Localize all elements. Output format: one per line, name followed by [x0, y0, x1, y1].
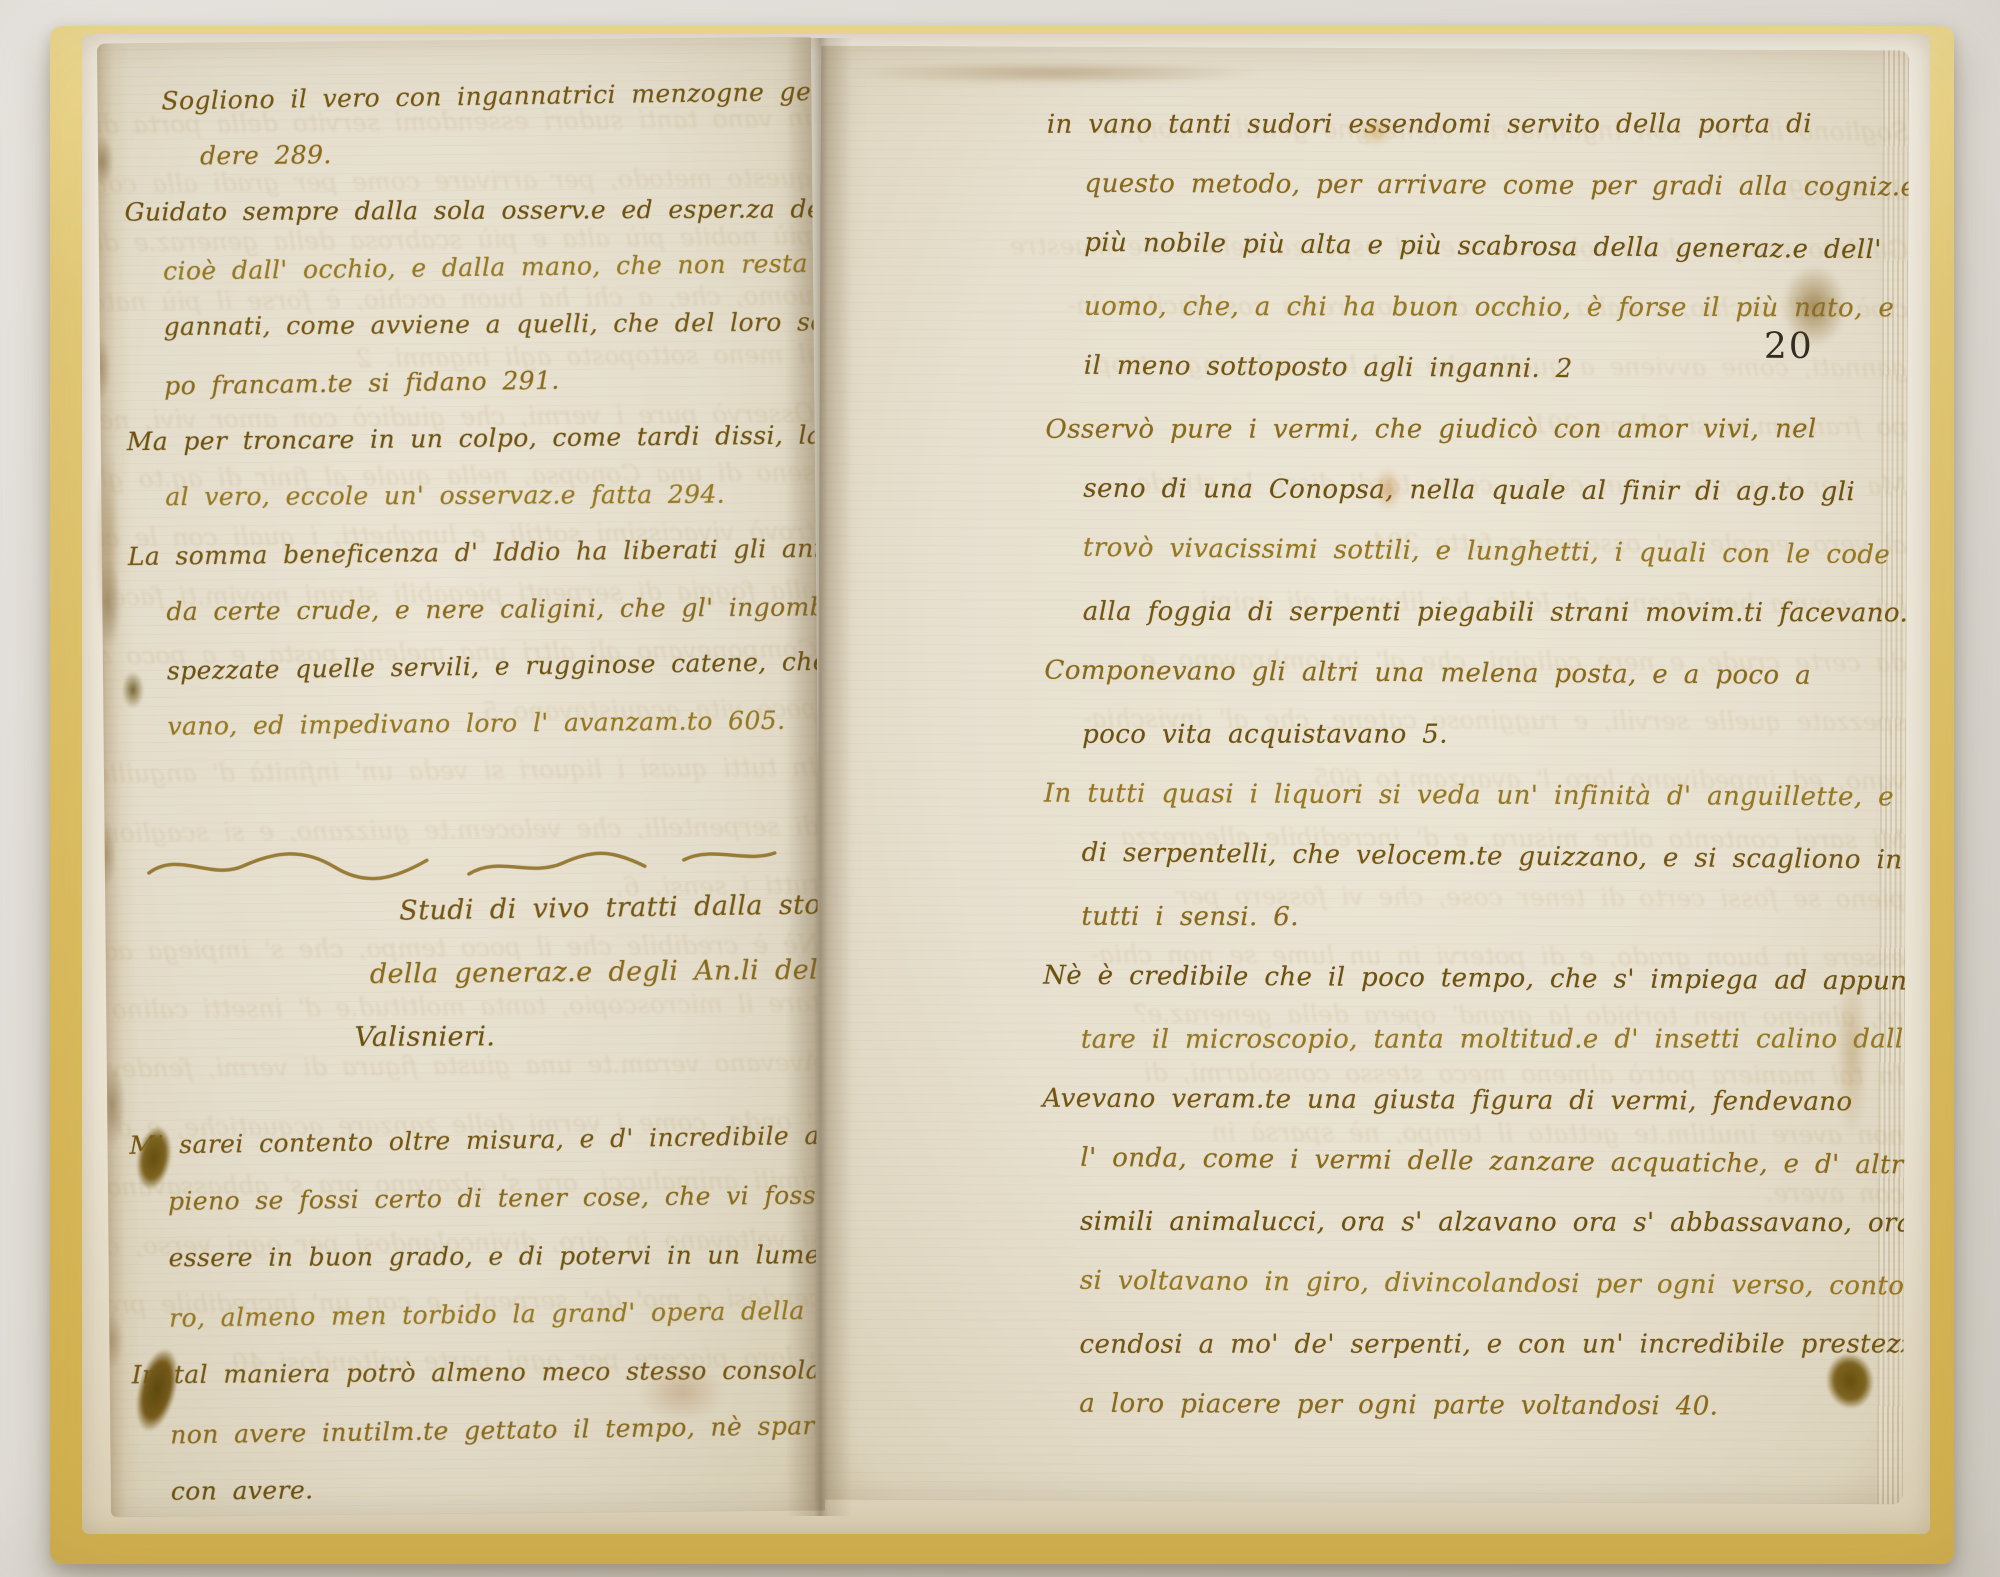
manuscript-line: cendosi a mo' de' serpenti, e con un' in…	[1079, 1314, 1891, 1375]
manuscript-line: trovò vivacissimi sottili, e lunghetti, …	[1083, 518, 1896, 587]
manuscript-line: Osservò pure i vermi, che giudicò con am…	[1045, 399, 1895, 460]
manuscript-line: La somma beneficenza d' Iddio ha liberat…	[128, 520, 807, 585]
manuscript-line: a loro piacere per ogni parte voltandosi…	[1079, 1374, 1891, 1439]
manuscript-line: gannati, come avviene a quelli, che del …	[163, 293, 803, 355]
manuscript-line: si voltavano in giro, divincolandosi per…	[1080, 1251, 1892, 1318]
manuscript-line: più nobile più alta e più scabrosa della…	[1084, 213, 1897, 282]
manuscript-line: in vano tanti sudori essendomi servito d…	[1047, 94, 1897, 155]
left-page-body: Mi sarei contento oltre misura, e d' inc…	[143, 1109, 819, 1518]
manuscript-line: ro, almeno men torbido la grand' opera d…	[169, 1282, 818, 1348]
manuscript-line: Avevano veram.te una giusta figura di ve…	[1042, 1069, 1892, 1134]
manuscript-line: essere in buon grado, e di potervi in un…	[168, 1226, 816, 1287]
manuscript-line: Ma per troncare in un colpo, come tardi …	[126, 407, 805, 471]
manuscript-line: Nè è credibile che il poco tempo, che s'…	[1043, 946, 1893, 1013]
manuscript-line: tare il microscopio, tanta moltitud.e d'…	[1081, 1009, 1893, 1070]
left-page: in vano tanti sudori essendomi servito d…	[97, 37, 825, 1518]
folio-number: 20	[1764, 326, 1814, 367]
manuscript-line: In tutti quasi i liquori si veda un' inf…	[1044, 764, 1894, 829]
manuscript-line: dere 289.	[200, 122, 803, 185]
manuscript-line: In tal maniera potrò almeno meco stesso …	[132, 1341, 818, 1404]
manuscript-line: cioè dall' occhio, e dalla mano, che non…	[163, 235, 804, 300]
manuscript-line: con avere.	[171, 1457, 820, 1518]
manuscript-line: seno di una Conopsa, nella quale al fini…	[1083, 459, 1895, 524]
right-page: Sogliono il vero con ingannatrici menzog…	[815, 46, 1909, 1505]
manuscript-line: al vero, eccole un' osservaz.e fatta 294…	[165, 465, 805, 525]
manuscript-line: pieno se fossi certo di tener cose, che …	[168, 1167, 817, 1231]
manuscript-line: Guidato sempre dalla sola osserv.e ed es…	[124, 180, 802, 240]
manuscript-line: simili animalucci, ora s' alzavano ora s…	[1080, 1192, 1892, 1255]
manuscript-line: tutti i sensi. 6.	[1081, 887, 1893, 950]
manuscript-line: vano, ed impedivano loro l' avanzam.to 6…	[167, 692, 808, 755]
manuscript-line: da certe crude, e nere caligini, che gl'…	[166, 578, 806, 640]
manuscript-line: di serpentelli, che velocem.te guizzano,…	[1081, 823, 1894, 892]
heading-line: Studi di vivo tratti dalla storia	[399, 874, 794, 944]
manuscript-line: Sogliono il vero con ingannatrici menzog…	[161, 63, 802, 129]
heading-line: Valisnieri.	[354, 1004, 794, 1070]
section-heading: Studi di vivo tratti dalla storiadella g…	[353, 875, 795, 1071]
manuscript-line: non avere inutilm.te gettato il tempo, n…	[170, 1397, 819, 1464]
manuscript-line: l' onda, come i vermi delle zanzare acqu…	[1080, 1128, 1893, 1197]
heading-line: della generaz.e degli An.li del	[370, 939, 795, 1007]
manuscript-line: Mi sarei contento oltre misura, e d' inc…	[129, 1107, 816, 1175]
manuscript-line: alla foggia di serpenti piegabili strani…	[1083, 582, 1895, 645]
manuscript-photograph: in vano tanti sudori essendomi servito d…	[0, 0, 2000, 1577]
manuscript-line: spezzate quelle servili, e rugginose cat…	[167, 633, 808, 699]
right-page-lines: in vano tanti sudori essendomi servito d…	[1055, 93, 1897, 1439]
manuscript-line: Componevano gli altri una melena posta, …	[1044, 641, 1894, 708]
manuscript-line: po francam.te si fidano 291.	[164, 348, 805, 414]
manuscript-line: poco vita acquistavano 5.	[1082, 704, 1894, 765]
left-page-entries: Sogliono il vero con ingannatrici menzog…	[137, 65, 808, 755]
manuscript-line: questo metodo, per arrivare come per gra…	[1084, 154, 1896, 219]
